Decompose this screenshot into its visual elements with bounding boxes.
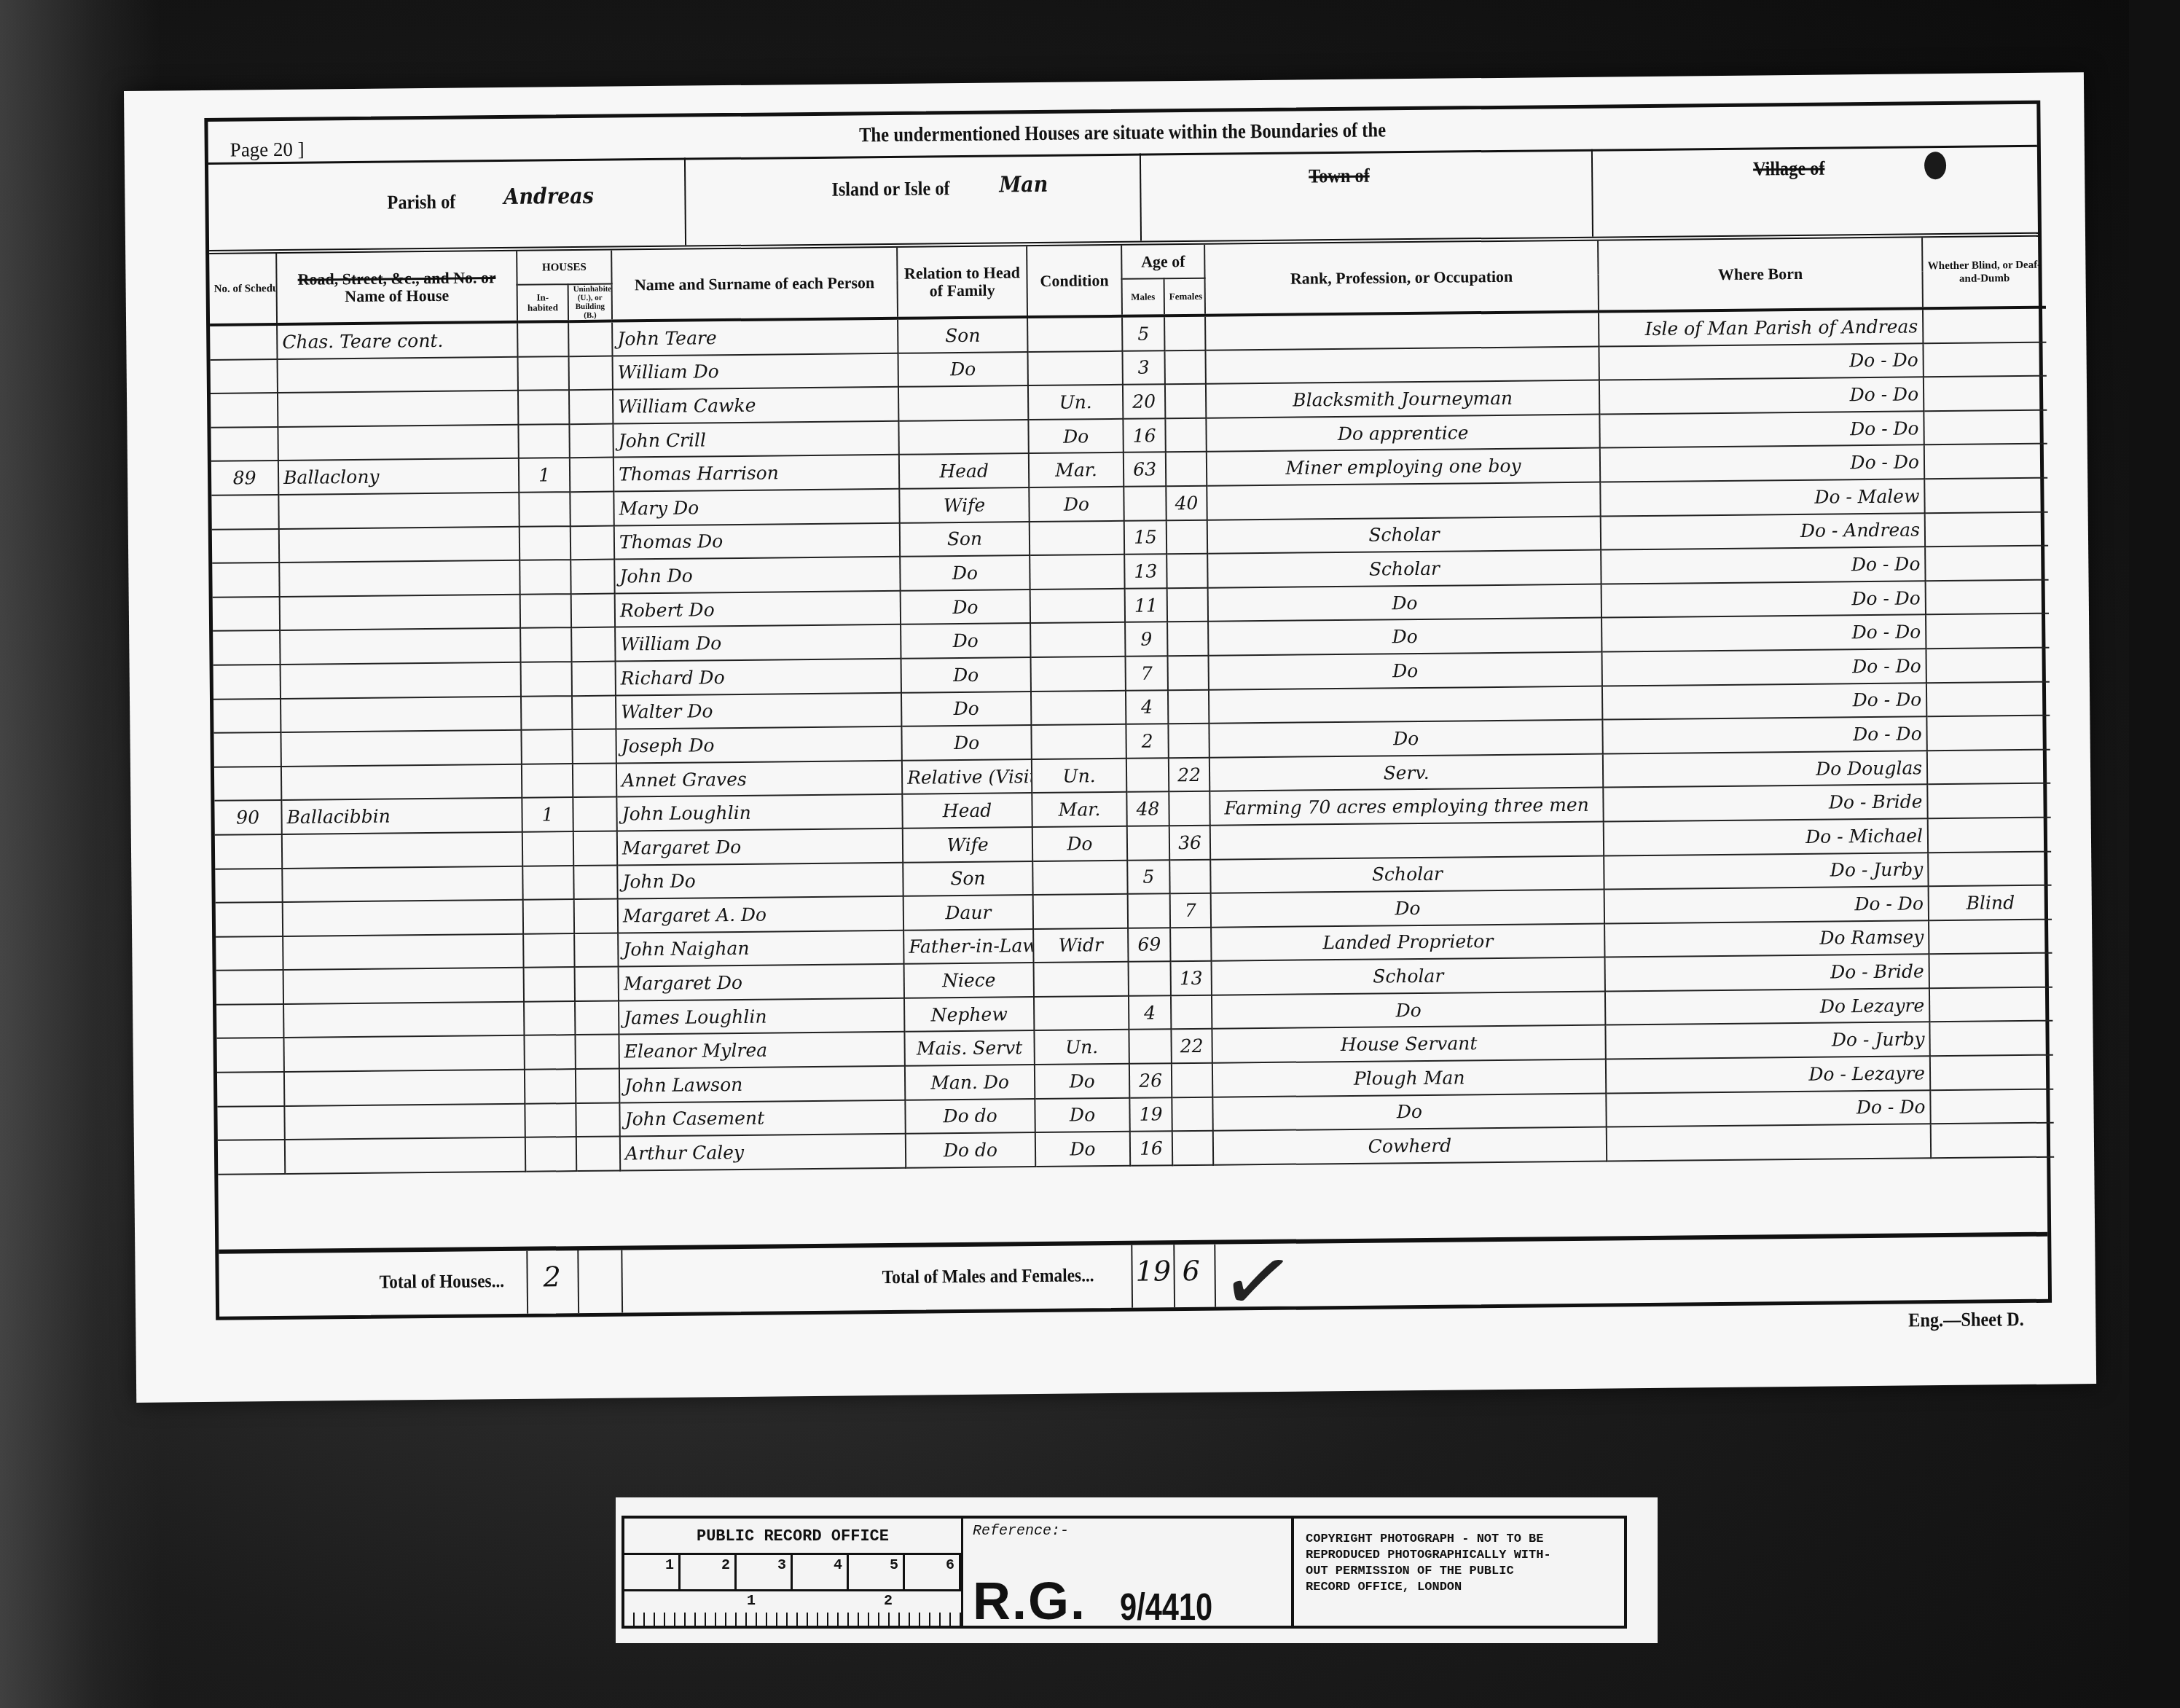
infirmity-cell: [1929, 919, 2052, 954]
name-cell: Margaret Do: [617, 828, 903, 865]
occupation-cell: [1210, 821, 1604, 859]
where-born-cell: Isle of Man Parish of Andreas: [1599, 308, 1923, 346]
census-rows: Chas. Teare cont.John TeareSon5Isle of M…: [210, 307, 2054, 1175]
uninhabited-cell: [572, 695, 616, 729]
schedule-cell: [211, 495, 278, 529]
name-cell: Margaret Do: [619, 964, 904, 1000]
occupation-cell: [1206, 346, 1599, 384]
infirmity-cell: [1930, 1055, 2053, 1090]
name-cell: John Loughlin: [616, 794, 902, 831]
male-age-cell: 16: [1130, 1132, 1172, 1166]
scan-edge-right: [2129, 0, 2180, 1708]
name-cell: William Do: [613, 353, 898, 389]
ruler-mark: 3: [737, 1555, 793, 1589]
relation-cell: Relative (Visitor): [902, 759, 1032, 794]
uninhabited-cell: [570, 492, 613, 526]
where-born-cell: [1607, 1124, 1931, 1161]
relation-cell: Do do: [906, 1132, 1035, 1167]
male-age-cell: 2: [1126, 724, 1168, 758]
name-cell: Richard Do: [616, 659, 901, 695]
male-age-cell: [1127, 826, 1169, 860]
name-cell: John Crill: [613, 421, 898, 458]
inhabited-cell: [521, 662, 572, 696]
condition-cell: Mar.: [1029, 453, 1124, 487]
schedule-cell: [217, 1106, 284, 1140]
male-age-cell: [1129, 962, 1171, 996]
where-born-cell: Do - Do: [1602, 649, 1926, 686]
condition-cell: [1030, 622, 1125, 657]
town-label: Town of: [1309, 165, 1370, 188]
infirmity-cell: [1924, 410, 2047, 444]
occupation-cell: Serv.: [1209, 753, 1603, 791]
where-born-cell: Do - Do: [1599, 411, 1924, 448]
town-cell: Town of: [1141, 149, 1593, 241]
female-age-cell: 7: [1170, 893, 1211, 928]
house-name-cell: [283, 933, 523, 970]
where-born-cell: Do - Do: [1604, 886, 1929, 923]
where-born-cell: Do Douglas: [1603, 751, 1927, 788]
island-value: Man: [999, 172, 1048, 198]
condition-cell: Widr: [1033, 928, 1128, 963]
occupation-cell: Scholar: [1207, 550, 1601, 588]
page-number: Page 20 ]: [230, 138, 305, 162]
relation-cell: Son: [898, 317, 1027, 353]
schedule-cell: [213, 597, 280, 631]
total-males-value: 19: [1135, 1255, 1171, 1287]
occupation-cell: Plough Man: [1212, 1059, 1606, 1097]
male-age-cell: [1124, 486, 1166, 520]
female-age-cell: [1165, 418, 1206, 453]
inhabited-cell: 1: [522, 797, 573, 831]
inhabited-cell: [525, 1103, 576, 1137]
uninhabited-cell: [568, 321, 612, 356]
female-age-cell: 13: [1171, 961, 1212, 995]
uninhabited-cell: [576, 1137, 620, 1171]
female-age-cell: [1168, 656, 1209, 690]
census-table: No. of Schedule Road, Street, &c., and N…: [209, 237, 2054, 1175]
relation-cell: Do: [901, 725, 1031, 760]
occupation-cell: Do apprentice: [1206, 414, 1599, 452]
uninhabited-cell: [575, 1035, 619, 1069]
relation-cell: Niece: [904, 963, 1034, 998]
occupation-cell: Scholar: [1207, 516, 1601, 554]
female-age-cell: [1165, 384, 1206, 418]
schedule-cell: [211, 359, 278, 393]
schedule-cell: [216, 1038, 283, 1072]
infirmity-cell: [1926, 614, 2049, 649]
condition-cell: [1028, 350, 1123, 385]
relation-cell: Son: [900, 522, 1030, 557]
male-age-cell: 26: [1129, 1063, 1172, 1097]
relation-cell: Son: [903, 861, 1032, 896]
house-name-cell: [283, 1002, 524, 1038]
relation-cell: Mais. Servt: [904, 1031, 1034, 1066]
parish-cell: Parish of Andreas: [208, 158, 686, 250]
relation-cell: Wife: [899, 487, 1029, 522]
schedule-cell: [212, 529, 279, 563]
occupation-cell: Scholar: [1212, 957, 1605, 995]
parish-value: Andreas: [503, 184, 594, 210]
occupation-cell: Do: [1208, 618, 1601, 656]
house-name-cell: [278, 356, 518, 393]
ruler-mark: 5: [849, 1555, 905, 1589]
name-cell: Walter Do: [616, 692, 901, 729]
occupation-cell: [1209, 686, 1602, 724]
header-location-row: Parish of Andreas Island or Isle of Man …: [208, 145, 2038, 254]
ruler-inches: 1 2 3 4 5 6: [624, 1555, 963, 1591]
name-cell: John Teare: [612, 318, 898, 356]
relation-cell: Head: [902, 793, 1032, 828]
island-label: Island or Isle of: [831, 177, 950, 201]
male-age-cell: 16: [1123, 418, 1165, 453]
female-age-cell: [1170, 927, 1211, 961]
house-name-cell: Ballacibbin: [281, 798, 522, 834]
village-label: Village of: [1753, 157, 1825, 181]
inhabited-cell: 1: [519, 458, 570, 493]
infirmity-cell: [1926, 716, 2050, 751]
male-age-cell: 20: [1123, 384, 1165, 418]
col-house-name-struck: Road, Street, &c., and No. or: [297, 268, 495, 289]
occupation-cell: Blacksmith Journeyman: [1206, 380, 1599, 418]
ruler-mark: 1: [747, 1593, 756, 1610]
inhabited-cell: [525, 1137, 576, 1171]
female-age-cell: [1167, 588, 1208, 622]
male-age-cell: 5: [1127, 860, 1169, 894]
uninhabited-cell: [569, 423, 613, 458]
col-age: Age of: [1121, 245, 1204, 279]
condition-cell: Do: [1035, 1132, 1130, 1167]
male-age-cell: 15: [1124, 520, 1167, 555]
schedule-cell: [216, 970, 283, 1004]
inhabited-cell: [517, 321, 568, 356]
schedule-cell: [211, 427, 278, 461]
infirmity-cell: [1926, 579, 2049, 614]
occupation-cell: House Servant: [1212, 1025, 1605, 1063]
house-name-cell: [283, 968, 524, 1004]
schedule-cell: [215, 834, 282, 869]
male-age-cell: 4: [1126, 690, 1168, 724]
schedule-cell: [216, 936, 283, 971]
name-cell: James Loughlin: [619, 998, 904, 1035]
col-females: Females: [1164, 278, 1206, 316]
where-born-cell: Do - Do: [1599, 343, 1923, 380]
infirmity-cell: [1930, 1089, 2053, 1124]
female-age-cell: [1167, 554, 1207, 588]
where-born-cell: Do - Do: [1600, 445, 1924, 482]
occupation-cell: Miner employing one boy: [1207, 448, 1600, 486]
uninhabited-cell: [571, 525, 614, 560]
female-age-cell: 22: [1171, 1029, 1212, 1063]
infirmity-cell: [1923, 342, 2046, 377]
house-name-cell: [281, 662, 521, 699]
house-name-cell: [283, 900, 523, 936]
male-age-cell: 4: [1129, 995, 1171, 1030]
schedule-cell: [216, 1004, 283, 1038]
relation-cell: Do: [901, 657, 1031, 692]
male-age-cell: 13: [1124, 554, 1167, 588]
female-age-cell: 36: [1169, 826, 1210, 860]
col-uninhabited: Uninhabited (U.), or Building (B.): [568, 284, 613, 322]
inhabited-cell: [519, 526, 571, 560]
relation-cell: Father-in-Law: [903, 929, 1033, 964]
name-cell: John Casement: [619, 1100, 905, 1136]
infirmity-cell: [1929, 953, 2052, 988]
condition-cell: Un.: [1034, 1030, 1129, 1065]
condition-cell: [1030, 555, 1124, 589]
female-age-cell: [1169, 791, 1209, 826]
inhabited-cell: [519, 492, 570, 526]
inhabited-cell: [521, 696, 572, 730]
female-age-cell: [1164, 350, 1205, 384]
occupation-cell: [1207, 482, 1600, 520]
uninhabited-cell: [571, 560, 614, 594]
female-age-cell: [1167, 520, 1207, 554]
condition-cell: Do: [1035, 1064, 1129, 1099]
form-title: The undermentioned Houses are situate wi…: [318, 114, 1927, 152]
house-name-cell: Ballaclony: [278, 458, 519, 495]
house-name-cell: [284, 1070, 525, 1106]
village-cell: Village of: [1593, 145, 2038, 237]
condition-cell: [1027, 316, 1122, 352]
where-born-cell: Do - Do: [1602, 716, 1926, 753]
condition-cell: [1030, 589, 1125, 624]
male-age-cell: [1128, 893, 1170, 928]
relation-cell: Do do: [905, 1099, 1035, 1134]
inhabited-cell: [518, 424, 569, 458]
name-cell: Annet Graves: [616, 761, 902, 797]
schedule-cell: [218, 1140, 285, 1174]
name-cell: Thomas Harrison: [613, 455, 899, 491]
inhabited-cell: [518, 390, 569, 424]
schedule-cell: 89: [211, 461, 278, 495]
inhabited-cell: [523, 933, 574, 968]
infirmity-cell: Blind: [1929, 885, 2052, 920]
female-age-cell: [1171, 995, 1212, 1030]
uninhabited-cell: [574, 899, 618, 933]
occupation-cell: Do: [1212, 1093, 1606, 1131]
occupation-cell: [1205, 312, 1599, 350]
inhabited-cell: [522, 866, 573, 900]
infirmity-cell: [1925, 512, 2048, 547]
condition-cell: [1031, 690, 1126, 725]
schedule-cell: [217, 1072, 284, 1106]
male-age-cell: 11: [1125, 588, 1167, 622]
condition-cell: Un.: [1028, 385, 1123, 420]
male-age-cell: 3: [1123, 350, 1165, 385]
island-cell: Island or Isle of Man: [686, 154, 1142, 246]
schedule-cell: [216, 902, 283, 936]
house-name-cell: Chas. Teare cont.: [277, 322, 517, 359]
uninhabited-cell: [571, 627, 615, 662]
occupation-cell: Do: [1212, 991, 1605, 1029]
where-born-cell: Do - Michael: [1604, 818, 1928, 855]
relation-cell: Head: [899, 453, 1029, 488]
condition-cell: Do: [1029, 487, 1124, 522]
schedule-cell: [213, 699, 281, 733]
uninhabited-cell: [575, 1000, 619, 1035]
totals-row: Total of Houses... 2 Total of Males and …: [219, 1232, 2048, 1317]
checkmark-icon: ✓: [1213, 1226, 1302, 1339]
relation-cell: Daur: [903, 895, 1033, 930]
col-inhabited: In-habited: [517, 284, 568, 322]
male-age-cell: 5: [1122, 316, 1164, 350]
schedule-cell: [212, 563, 279, 597]
relation-cell: [898, 420, 1028, 455]
ruler-ticks: 1 2: [624, 1591, 963, 1629]
where-born-cell: Do - Lezayre: [1606, 1056, 1930, 1093]
inhabited-cell: [523, 899, 574, 933]
name-cell: Arthur Caley: [620, 1134, 906, 1170]
relation-cell: [898, 385, 1028, 420]
reference-series: R.G.: [973, 1575, 1086, 1628]
ruler-mark: 2: [681, 1555, 737, 1589]
inhabited-cell: [524, 1035, 575, 1070]
male-age-cell: [1129, 1030, 1171, 1064]
where-born-cell: Do - Do: [1602, 683, 1926, 720]
uninhabited-cell: [574, 933, 618, 967]
schedule-cell: [213, 732, 281, 767]
male-age-cell: 19: [1129, 1097, 1172, 1132]
condition-cell: [1030, 520, 1124, 555]
female-age-cell: [1172, 1063, 1212, 1097]
total-persons-label: Total of Males and Females...: [882, 1264, 1094, 1288]
house-name-cell: [279, 526, 519, 563]
name-cell: William Cawke: [613, 387, 898, 423]
male-age-cell: 69: [1128, 928, 1170, 962]
occupation-cell: Do: [1209, 652, 1602, 690]
uninhabited-cell: [571, 593, 615, 627]
relation-cell: Wife: [903, 827, 1032, 862]
relation-cell: Do: [901, 623, 1030, 658]
relation-cell: Do: [900, 555, 1030, 590]
census-form: Page 20 ] The undermentioned Houses are …: [204, 101, 2052, 1320]
condition-cell: Do: [1035, 1097, 1129, 1132]
where-born-cell: Do Ramsey: [1604, 920, 1929, 957]
relation-cell: Do: [898, 352, 1028, 387]
schedule-cell: [214, 767, 281, 801]
relation-cell: Do: [901, 589, 1030, 624]
inhabited-cell: [522, 764, 573, 798]
house-name-cell: [280, 628, 520, 665]
reference-number: 9/4410: [1120, 1586, 1212, 1629]
col-schedule: No. of Schedule: [209, 254, 277, 325]
house-name-cell: [280, 595, 520, 631]
col-infirmity: Whether Blind, or Deaf-and-Dumb: [1922, 237, 2046, 309]
ruler-mark: 4: [793, 1555, 849, 1589]
condition-cell: Un.: [1032, 759, 1126, 794]
inhabited-cell: [521, 729, 572, 764]
infirmity-cell: [1924, 376, 2047, 411]
inhabited-cell: [519, 560, 571, 594]
occupation-cell: Landed Proprietor: [1211, 923, 1604, 961]
ruler-mark: 1: [624, 1555, 681, 1589]
inhabited-cell: [524, 967, 575, 1001]
where-born-cell: Do - Do: [1601, 581, 1926, 618]
infirmity-cell: [1928, 818, 2051, 853]
inhabited-cell: [524, 1001, 575, 1035]
col-occupation: Rank, Profession, or Occupation: [1204, 241, 1599, 316]
reference-label: Reference:-: [973, 1523, 1069, 1540]
inhabited-cell: [522, 831, 573, 866]
where-born-cell: Do - Malew: [1600, 479, 1924, 516]
name-cell: Mary Do: [613, 489, 899, 525]
condition-cell: Mar.: [1032, 792, 1126, 827]
seal-mark-icon: [1924, 152, 1946, 179]
uninhabited-cell: [573, 797, 616, 831]
inhabited-cell: [520, 627, 571, 662]
uninhabited-cell: [575, 967, 619, 1001]
infirmity-cell: [1926, 648, 2049, 683]
where-born-cell: Do - Andreas: [1601, 513, 1925, 550]
house-name-cell: [281, 764, 522, 801]
uninhabited-cell: [572, 729, 616, 764]
occupation-cell: Do: [1208, 584, 1601, 622]
total-houses-label: Total of Houses...: [380, 1270, 505, 1293]
name-cell: Eleanor Mylrea: [619, 1032, 904, 1068]
ruler-mark: 6: [905, 1555, 961, 1589]
condition-cell: [1031, 657, 1126, 692]
schedule-cell: [215, 868, 282, 902]
col-house-name: Road, Street, &c., and No. or Name of Ho…: [276, 251, 517, 324]
uninhabited-cell: [573, 831, 617, 865]
house-name-cell: [278, 391, 518, 427]
schedule-cell: 90: [214, 800, 281, 834]
schedule-cell: [211, 393, 278, 427]
infirmity-cell: [1927, 749, 2050, 784]
infirmity-cell: [1927, 783, 2050, 818]
col-relation: Relation to Head of Family: [897, 246, 1027, 318]
record-office-label: PUBLIC RECORD OFFICE: [624, 1519, 963, 1555]
uninhabited-cell: [573, 865, 617, 899]
occupation-cell: Cowherd: [1213, 1127, 1607, 1165]
condition-cell: [1034, 962, 1129, 997]
col-house-name-label: Name of House: [345, 286, 449, 305]
stamp-box: PUBLIC RECORD OFFICE 1 2 3 4 5 6 1 2 Ref…: [622, 1516, 1627, 1629]
female-age-cell: [1164, 316, 1205, 350]
house-name-cell: [284, 1103, 525, 1140]
house-name-cell: [281, 730, 521, 767]
col-name: Name and Surname of each Person: [611, 248, 898, 321]
infirmity-cell: [1924, 444, 2047, 479]
house-name-cell: [282, 832, 522, 869]
female-age-cell: 22: [1169, 757, 1209, 791]
occupation-cell: Farming 70 acres employing three men: [1209, 788, 1603, 826]
where-born-cell: Do - Do: [1601, 547, 1925, 584]
name-cell: Thomas Do: [614, 522, 900, 559]
schedule-cell: [213, 630, 280, 665]
house-name-cell: [282, 866, 522, 902]
infirmity-cell: [1923, 307, 2046, 343]
infirmity-cell: [1929, 987, 2052, 1022]
name-cell: William Do: [615, 624, 901, 661]
name-cell: John Lawson: [619, 1066, 905, 1102]
condition-cell: Do: [1028, 419, 1123, 454]
uninhabited-cell: [576, 1102, 619, 1137]
male-age-cell: [1126, 758, 1169, 792]
col-condition: Condition: [1027, 246, 1122, 317]
schedule-cell: [213, 665, 281, 699]
infirmity-cell: [1931, 1123, 2054, 1158]
relation-cell: Man. Do: [905, 1065, 1035, 1100]
house-name-cell: [281, 696, 521, 732]
house-name-cell: [278, 493, 519, 529]
female-age-cell: [1172, 1097, 1212, 1131]
uninhabited-cell: [569, 356, 613, 390]
census-sheet: Page 20 ] The undermentioned Houses are …: [124, 72, 2096, 1403]
uninhabited-cell: [570, 458, 613, 492]
uninhabited-cell: [573, 763, 616, 797]
male-age-cell: 7: [1126, 656, 1168, 690]
